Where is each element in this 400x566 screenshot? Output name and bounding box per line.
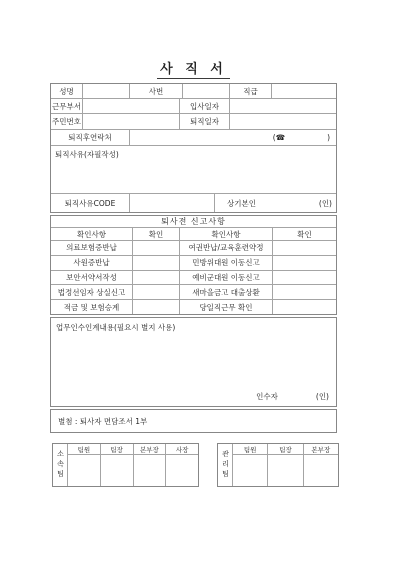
notice-check-field <box>133 300 180 314</box>
signature-cell <box>101 455 134 486</box>
signature-cell <box>134 455 167 486</box>
signer-seal-label: (인) <box>319 198 332 209</box>
notice-row: 의료보험증반납 여권반납/교육훈련약정 <box>51 241 336 256</box>
mgmt-team-col-leader: 팀장 <box>268 444 303 454</box>
signature-cell <box>233 455 268 486</box>
reason-code-value-field <box>130 194 215 212</box>
emp-no-label: 사번 <box>130 84 183 98</box>
own-team-col-president: 사장 <box>166 444 198 454</box>
retire-date-value-field <box>230 114 336 129</box>
name-label: 성명 <box>51 84 83 98</box>
receiver-seal-label: (인) <box>316 391 329 402</box>
page-title: 사 직 서 <box>50 58 337 77</box>
mgmt-team-label-text: 관리팀 <box>222 450 229 480</box>
notice-check-field <box>273 241 336 255</box>
receiver-label: 인수자 <box>256 391 278 402</box>
notice-item: 예비군대원 이동신고 <box>180 271 273 285</box>
notice-col-item2: 확인사항 <box>180 228 273 240</box>
retire-date-label: 퇴직일자 <box>180 114 230 129</box>
approval-table-mgmt-team: 관리팀 팀원 팀장 본부장 <box>217 443 339 487</box>
notice-header-row: 확인사항 확인 확인사항 확인 <box>51 228 336 241</box>
own-team-col-member: 팀원 <box>68 444 101 454</box>
handover-footer: 인수자 (인) <box>256 391 329 402</box>
notice-item: 의료보험증반납 <box>51 241 133 255</box>
own-team-vertical-label: 소속팀 <box>53 444 68 486</box>
own-team-col-leader: 팀장 <box>101 444 134 454</box>
notice-check-field <box>273 285 336 299</box>
info-row-resident: 주민번호 퇴직일자 <box>51 114 336 130</box>
contact-label: 퇴직후연락처 <box>51 130 130 145</box>
own-team-label-text: 소속팀 <box>57 450 64 480</box>
notice-col-check: 확인 <box>133 228 180 240</box>
info-row-name: 성명 사번 직급 <box>51 84 336 99</box>
rank-value-field <box>272 84 336 98</box>
notice-item: 당일직근무 확인 <box>180 300 273 314</box>
notice-check-field <box>133 256 180 270</box>
dept-label: 근무부서 <box>51 99 83 113</box>
notice-table: 퇴사전 신고사항 확인사항 확인 확인사항 확인 의료보험증반납 여권반납/교육… <box>50 215 337 315</box>
notice-row: 보안서약서작성 예비군대원 이동신고 <box>51 271 336 286</box>
resident-no-label: 주민번호 <box>51 114 83 129</box>
resign-reason-label: 퇴직사유(자필작성) <box>55 149 119 160</box>
own-team-col-director: 본부장 <box>134 444 167 454</box>
info-row-contact: 퇴직후연락처 ( ☎ ) <box>51 130 336 146</box>
mgmt-team-signature-row <box>233 455 338 486</box>
handover-box: 업무인수인계내용(필요시 별지 사용) 인수자 (인) <box>50 317 337 407</box>
notice-check-field <box>133 271 180 285</box>
signer-cell: 상기본인 (인) <box>215 194 336 212</box>
notice-item: 법정선임자 상실신고 <box>51 285 133 299</box>
mgmt-team-vertical-label: 관리팀 <box>218 444 233 486</box>
resignation-form-page: 사 직 서 성명 사번 직급 근무부서 입사일자 주민번호 퇴직일자 퇴직후연락… <box>0 0 400 566</box>
mgmt-team-col-member: 팀원 <box>233 444 268 454</box>
attachment-text: 별첨 : 퇴사자 면담조서 1부 <box>58 416 147 427</box>
emp-no-value-field <box>183 84 230 98</box>
approval-table-own-team: 소속팀 팀원 팀장 본부장 사장 <box>52 443 199 487</box>
info-table: 성명 사번 직급 근무부서 입사일자 주민번호 퇴직일자 퇴직후연락처 ( ☎ <box>50 83 337 213</box>
signature-cell <box>304 455 338 486</box>
notice-title-row: 퇴사전 신고사항 <box>51 216 336 228</box>
handover-title: 업무인수인계내용(필요시 별지 사용) <box>56 322 175 333</box>
notice-item: 적금 및 보험승계 <box>51 300 133 314</box>
page-title-text: 사 직 서 <box>157 62 230 79</box>
attachment-box: 별첨 : 퇴사자 면담조서 1부 <box>50 409 337 433</box>
notice-row: 사원증반납 민방위대원 이동신고 <box>51 256 336 271</box>
mgmt-team-header-row: 팀원 팀장 본부장 <box>233 444 338 455</box>
signer-label: 상기본인 <box>227 198 256 209</box>
notice-col-item: 확인사항 <box>51 228 133 240</box>
own-team-header-row: 팀원 팀장 본부장 사장 <box>68 444 198 455</box>
notice-row: 적금 및 보험승계 당일직근무 확인 <box>51 300 336 314</box>
notice-item: 민방위대원 이동신고 <box>180 256 273 270</box>
notice-check-field <box>133 241 180 255</box>
phone-icon: ☎ <box>276 133 285 142</box>
reason-code-row: 퇴직사유CODE 상기본인 (인) <box>51 194 336 212</box>
reason-code-label: 퇴직사유CODE <box>51 194 130 212</box>
resident-no-value-field <box>83 114 180 129</box>
resign-reason-field: 퇴직사유(자필작성) <box>51 146 336 194</box>
notice-item: 보안서약서작성 <box>51 271 133 285</box>
notice-row: 법정선임자 상실신고 새마을금고 대출상환 <box>51 285 336 300</box>
name-value-field <box>83 84 130 98</box>
own-team-signature-row <box>68 455 198 486</box>
phone-close-paren: ) <box>327 133 330 142</box>
info-row-dept: 근무부서 입사일자 <box>51 99 336 114</box>
notice-item: 새마을금고 대출상환 <box>180 285 273 299</box>
signature-cell <box>68 455 101 486</box>
notice-title: 퇴사전 신고사항 <box>51 216 336 227</box>
notice-check-field <box>273 256 336 270</box>
notice-item: 여권반납/교육훈련약정 <box>180 241 273 255</box>
notice-item: 사원증반납 <box>51 256 133 270</box>
notice-check-field <box>133 285 180 299</box>
signature-cell <box>268 455 303 486</box>
contact-value-field: ( ☎ ) <box>130 130 336 145</box>
signature-cell <box>166 455 198 486</box>
notice-col-check2: 확인 <box>273 228 336 240</box>
rank-label: 직급 <box>230 84 272 98</box>
join-date-label: 입사일자 <box>180 99 230 113</box>
join-date-value-field <box>230 99 336 113</box>
notice-check-field <box>273 271 336 285</box>
dept-value-field <box>83 99 180 113</box>
mgmt-team-col-director: 본부장 <box>304 444 338 454</box>
notice-check-field <box>273 300 336 314</box>
